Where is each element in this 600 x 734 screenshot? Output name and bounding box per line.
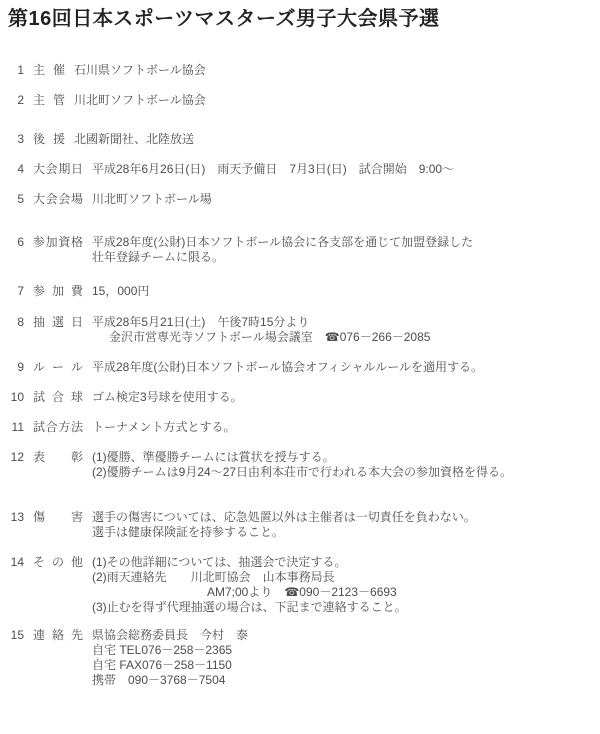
item-content: 平成28年度(公財)日本ソフトボール協会に各支部を通じて加盟登録した 壮年登録チ… bbox=[92, 235, 592, 265]
item-number: 3 bbox=[8, 132, 24, 147]
item-row-9: 9 ル ー ル 平成28年度(公財)日本ソフトボール協会オフィシャルルールを適用… bbox=[8, 360, 592, 375]
item-row-14: 14 そ の 他 (1)その他詳細については、抽選会で決定する。 (2)雨天連絡… bbox=[8, 555, 592, 615]
item-number: 11 bbox=[8, 420, 24, 435]
content-line: 平成28年度(公財)日本ソフトボール協会に各支部を通じて加盟登録した bbox=[92, 235, 592, 250]
content-line: 北國新聞社、北陸放送 bbox=[74, 132, 592, 147]
item-row-4: 4 大会期日 平成28年6月26日(日) 雨天予備日 7月3日(日) 試合開始 … bbox=[8, 162, 592, 177]
content-line: 県協会総務委員長 今村 泰 bbox=[92, 628, 592, 643]
item-row-6: 6 参加資格 平成28年度(公財)日本ソフトボール協会に各支部を通じて加盟登録し… bbox=[8, 235, 592, 265]
item-content: 県協会総務委員長 今村 泰 自宅 TEL076－258－2365 自宅 FAX0… bbox=[92, 628, 592, 688]
content-line: 川北町ソフトボール協会 bbox=[74, 93, 592, 108]
item-number: 14 bbox=[8, 555, 24, 570]
item-number: 15 bbox=[8, 628, 24, 643]
item-row-15: 15 連 絡 先 県協会総務委員長 今村 泰 自宅 TEL076－258－236… bbox=[8, 628, 592, 688]
item-row-5: 5 大会会場 川北町ソフトボール場 bbox=[8, 192, 592, 207]
content-line: 川北町ソフトボール場 bbox=[92, 192, 592, 207]
content-line: 選手は健康保険証を持参すること。 bbox=[92, 525, 592, 540]
item-row-1: 1 主 催 石川県ソフトボール協会 bbox=[8, 63, 592, 78]
item-row-7: 7 参 加 費 15，000円 bbox=[8, 284, 592, 299]
content-line: (2)優勝チームは9月24～27日由利本荘市で行われる本大会の参加資格を得る。 bbox=[92, 465, 592, 480]
content-line: (1)その他詳細については、抽選会で決定する。 bbox=[92, 555, 592, 570]
content-line: (3)止むを得ず代理抽選の場合は、下記まで連絡すること。 bbox=[92, 600, 592, 615]
item-number: 7 bbox=[8, 284, 24, 299]
item-label: 試合方法 bbox=[33, 420, 83, 435]
content-line: 15，000円 bbox=[92, 284, 592, 299]
item-label: 後 援 bbox=[33, 132, 65, 147]
content-line: 壮年登録チームに限る。 bbox=[92, 250, 592, 265]
item-content: (1)優勝、準優勝チームには賞状を授与する。 (2)優勝チームは9月24～27日… bbox=[92, 450, 592, 480]
item-content: 平成28年5月21日(土) 午後7時15分より 金沢市営専光寺ソフトボール場会議… bbox=[92, 315, 592, 345]
content-line: トーナメント方式とする。 bbox=[92, 420, 592, 435]
item-content: トーナメント方式とする。 bbox=[92, 420, 592, 435]
item-content: 15，000円 bbox=[92, 284, 592, 299]
item-row-10: 10 試 合 球 ゴム検定3号球を使用する。 bbox=[8, 390, 592, 405]
content-line: 自宅 TEL076－258－2365 bbox=[92, 643, 592, 658]
item-label: 主 催 bbox=[33, 63, 65, 78]
item-row-12: 12 表 彰 (1)優勝、準優勝チームには賞状を授与する。 (2)優勝チームは9… bbox=[8, 450, 592, 480]
content-line: 自宅 FAX076－258－1150 bbox=[92, 658, 592, 673]
item-number: 4 bbox=[8, 162, 24, 177]
item-content: 平成28年度(公財)日本ソフトボール協会オフィシャルルールを適用する。 bbox=[92, 360, 592, 375]
item-label: 大会期日 bbox=[33, 162, 83, 177]
content-line: (1)優勝、準優勝チームには賞状を授与する。 bbox=[92, 450, 592, 465]
item-row-13: 13 傷 害 選手の傷害については、応急処置以外は主催者は一切責任を負わない。 … bbox=[8, 510, 592, 540]
item-content: ゴム検定3号球を使用する。 bbox=[92, 390, 592, 405]
item-row-3: 3 後 援 北國新聞社、北陸放送 bbox=[8, 132, 592, 147]
content-line: AM7;00より ☎090－2123－6693 bbox=[92, 585, 592, 600]
content-line: 金沢市営専光寺ソフトボール場会議室 ☎076－266－2085 bbox=[92, 330, 592, 345]
content-line: 選手の傷害については、応急処置以外は主催者は一切責任を負わない。 bbox=[92, 510, 592, 525]
content-line: (2)雨天連絡先 川北町協会 山本事務局長 bbox=[92, 570, 592, 585]
item-label: 参 加 費 bbox=[33, 284, 83, 299]
item-number: 9 bbox=[8, 360, 24, 375]
item-content: 選手の傷害については、応急処置以外は主催者は一切責任を負わない。 選手は健康保険… bbox=[92, 510, 592, 540]
item-content: 北國新聞社、北陸放送 bbox=[74, 132, 592, 147]
content-line: ゴム検定3号球を使用する。 bbox=[92, 390, 592, 405]
item-label: 表 彰 bbox=[33, 450, 83, 465]
item-number: 12 bbox=[8, 450, 24, 465]
item-number: 8 bbox=[8, 315, 24, 330]
item-label: 参加資格 bbox=[33, 235, 83, 250]
item-label: 大会会場 bbox=[33, 192, 83, 207]
item-content: 川北町ソフトボール協会 bbox=[74, 93, 592, 108]
item-number: 5 bbox=[8, 192, 24, 207]
item-row-11: 11 試合方法 トーナメント方式とする。 bbox=[8, 420, 592, 435]
item-label: 主 管 bbox=[33, 93, 65, 108]
document-page: 第16回日本スポーツマスターズ男子大会県予選 1 主 催 石川県ソフトボール協会… bbox=[0, 0, 600, 688]
item-label: 傷 害 bbox=[33, 510, 83, 525]
item-content: 平成28年6月26日(日) 雨天予備日 7月3日(日) 試合開始 9:00～ bbox=[92, 162, 592, 177]
item-row-2: 2 主 管 川北町ソフトボール協会 bbox=[8, 93, 592, 108]
item-row-8: 8 抽 選 日 平成28年5月21日(土) 午後7時15分より 金沢市営専光寺ソ… bbox=[8, 315, 592, 345]
item-label: 試 合 球 bbox=[33, 390, 83, 405]
content-line: 携帯 090－3768－7504 bbox=[92, 673, 592, 688]
item-number: 2 bbox=[8, 93, 24, 108]
item-number: 13 bbox=[8, 510, 24, 525]
item-number: 1 bbox=[8, 63, 24, 78]
item-number: 6 bbox=[8, 235, 24, 250]
content-line: 平成28年5月21日(土) 午後7時15分より bbox=[92, 315, 592, 330]
item-content: (1)その他詳細については、抽選会で決定する。 (2)雨天連絡先 川北町協会 山… bbox=[92, 555, 592, 615]
content-line: 平成28年6月26日(日) 雨天予備日 7月3日(日) 試合開始 9:00～ bbox=[92, 162, 592, 177]
item-label: ル ー ル bbox=[33, 360, 83, 375]
item-label: 連 絡 先 bbox=[33, 628, 83, 643]
item-content: 川北町ソフトボール場 bbox=[92, 192, 592, 207]
page-title: 第16回日本スポーツマスターズ男子大会県予選 bbox=[8, 6, 592, 32]
item-label: 抽 選 日 bbox=[33, 315, 83, 330]
item-number: 10 bbox=[8, 390, 24, 405]
content-line: 石川県ソフトボール協会 bbox=[74, 63, 592, 78]
item-label: そ の 他 bbox=[33, 555, 83, 570]
content-line: 平成28年度(公財)日本ソフトボール協会オフィシャルルールを適用する。 bbox=[92, 360, 592, 375]
item-content: 石川県ソフトボール協会 bbox=[74, 63, 592, 78]
